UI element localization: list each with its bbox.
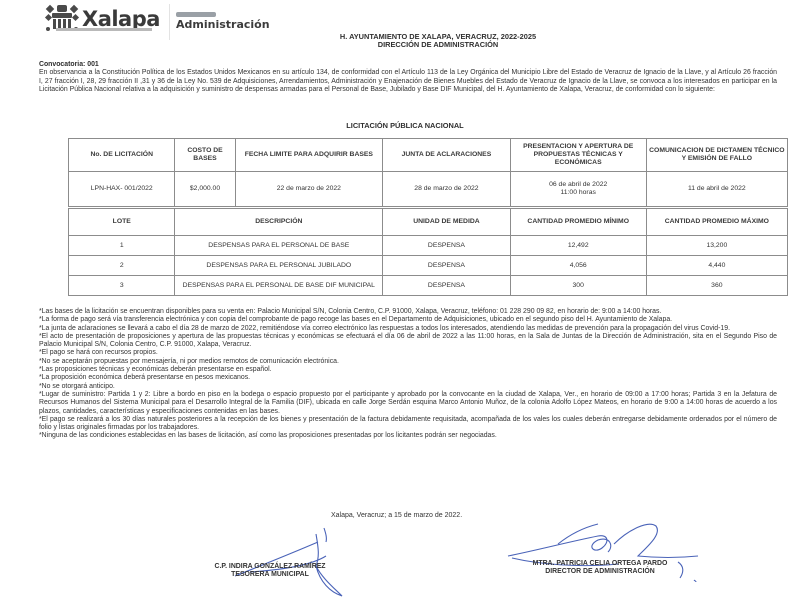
signature-block-tesorera: C.P. INDIRA GONZÁLEZ RAMÍREZ TESORERA MU… — [190, 563, 350, 579]
note-item: *No se otorgará anticipo. — [39, 383, 777, 391]
signatory-title: TESORERA MUNICIPAL — [190, 571, 350, 579]
convocatoria-section: Convocatoria: 001 En observancia a la Co… — [39, 61, 777, 95]
department-tag — [176, 12, 216, 17]
cell-costo: $2,000.00 — [175, 172, 235, 207]
signatory-name: C.P. INDIRA GONZÁLEZ RAMÍREZ — [190, 563, 350, 571]
table-row: 1 DESPENSAS PARA EL PERSONAL DE BASE DES… — [69, 236, 788, 256]
note-item: *Lugar de suministro: Partida 1 y 2: Lib… — [39, 391, 777, 416]
logo-wordmark: Xalapa — [82, 8, 160, 30]
note-item: *El acto de presentación de proposicione… — [39, 333, 777, 350]
note-item: *Las proposiciones técnicas y económicas… — [39, 366, 777, 374]
signature-scribble-right — [498, 516, 708, 588]
cell-presentacion: 06 de abril de 2022 11:00 horas — [510, 172, 646, 207]
table-row: 2 DESPENSAS PARA EL PERSONAL JUBILADO DE… — [69, 256, 788, 276]
note-item: *El pago se realizará a los 30 días natu… — [39, 416, 777, 433]
convocatoria-label: Convocatoria: 001 — [39, 61, 777, 69]
logo-subtitle-bar — [56, 28, 152, 31]
header-junta: JUNTA DE ACLARACIONES — [383, 139, 511, 172]
convocatoria-body: En observancia a la Constitución Polític… — [39, 69, 777, 94]
licitacion-header-row: No. DE LICITACIÓN COSTO DE BASES FECHA L… — [69, 139, 788, 172]
header-fallo: COMUNICACION DE DICTAMEN TÉCNICO Y EMISI… — [646, 139, 787, 172]
cell-descripcion: DESPENSAS PARA EL PERSONAL DE BASE DIF M… — [175, 276, 383, 296]
cell-fallo: 11 de abril de 2022 — [646, 172, 787, 207]
header-descripcion: DESCRIPCIÓN — [175, 209, 383, 236]
note-item: *No se aceptarán propuestas por mensajer… — [39, 358, 777, 366]
header-minimo: CANTIDAD PROMEDIO MÍNIMO — [510, 209, 646, 236]
note-item: *La proposición económica deberá present… — [39, 374, 777, 382]
signature-block-director: MTRA. PATRICIA CELIA ORTEGA PARDO DIRECT… — [510, 560, 690, 576]
cell-descripcion: DESPENSAS PARA EL PERSONAL JUBILADO — [175, 256, 383, 276]
presentacion-hora: 11:00 horas — [513, 189, 644, 197]
cell-maximo: 360 — [646, 276, 787, 296]
cell-numero: LPN-HAX- 001/2022 — [69, 172, 175, 207]
lotes-header-row: LOTE DESCRIPCIÓN UNIDAD DE MEDIDA CANTID… — [69, 209, 788, 236]
cell-unidad: DESPENSA — [383, 276, 511, 296]
signatory-title: DIRECTOR DE ADMINISTRACIÓN — [510, 568, 690, 576]
cell-minimo: 300 — [510, 276, 646, 296]
note-item: *Ninguna de las condiciones establecidas… — [39, 432, 777, 440]
lotes-table: LOTE DESCRIPCIÓN UNIDAD DE MEDIDA CANTID… — [68, 208, 788, 296]
cell-unidad: DESPENSA — [383, 236, 511, 256]
department-logo: Administración — [176, 12, 270, 31]
cell-minimo: 4,056 — [510, 256, 646, 276]
cell-minimo: 12,492 — [510, 236, 646, 256]
department-logo-text: Administración — [176, 18, 270, 31]
header-unidad: UNIDAD DE MEDIDA — [383, 209, 511, 236]
cell-descripcion: DESPENSAS PARA EL PERSONAL DE BASE — [175, 236, 383, 256]
note-item: *La junta de aclaraciones se llevará a c… — [39, 325, 777, 333]
cell-maximo: 13,200 — [646, 236, 787, 256]
cell-junta: 28 de marzo de 2022 — [383, 172, 511, 207]
header-lote: LOTE — [69, 209, 175, 236]
cell-lote: 1 — [69, 236, 175, 256]
signatory-name: MTRA. PATRICIA CELIA ORTEGA PARDO — [510, 560, 690, 568]
cell-unidad: DESPENSA — [383, 256, 511, 276]
section-title: LICITACIÓN PÚBLICA NACIONAL — [0, 121, 800, 130]
cell-fecha-limite: 22 de marzo de 2022 — [235, 172, 383, 207]
note-item: *La forma de pago será vía transferencia… — [39, 316, 777, 324]
header-fecha-limite: FECHA LIMITE PARA ADQUIRIR BASES — [235, 139, 383, 172]
note-item: *Las bases de la licitación se encuentra… — [39, 308, 777, 316]
table-row: LPN-HAX- 001/2022 $2,000.00 22 de marzo … — [69, 172, 788, 207]
licitacion-table: No. DE LICITACIÓN COSTO DE BASES FECHA L… — [68, 138, 788, 207]
note-item: *El pago se hará con recursos propios. — [39, 349, 777, 357]
header-numero: No. DE LICITACIÓN — [69, 139, 175, 172]
cell-lote: 2 — [69, 256, 175, 276]
notes-section: *Las bases de la licitación se encuentra… — [39, 308, 777, 441]
org-title-line-2: DIRECCIÓN DE ADMINISTRACIÓN — [0, 41, 800, 49]
cell-lote: 3 — [69, 276, 175, 296]
organization-title: H. AYUNTAMIENTO DE XALAPA, VERACRUZ, 202… — [0, 33, 800, 49]
table-row: 3 DESPENSAS PARA EL PERSONAL DE BASE DIF… — [69, 276, 788, 296]
presentacion-fecha: 06 de abril de 2022 — [513, 181, 644, 189]
header-maximo: CANTIDAD PROMEDIO MÁXIMO — [646, 209, 787, 236]
cell-maximo: 4,440 — [646, 256, 787, 276]
header-costo: COSTO DE BASES — [175, 139, 235, 172]
date-line: Xalapa, Veracruz; a 15 de marzo de 2022. — [331, 512, 462, 519]
header-presentacion: PRESENTACION Y APERTURA DE PROPUESTAS TÉ… — [510, 139, 646, 172]
document-header: Xalapa Administración H. AYUNTAMIENTO DE… — [0, 0, 800, 55]
